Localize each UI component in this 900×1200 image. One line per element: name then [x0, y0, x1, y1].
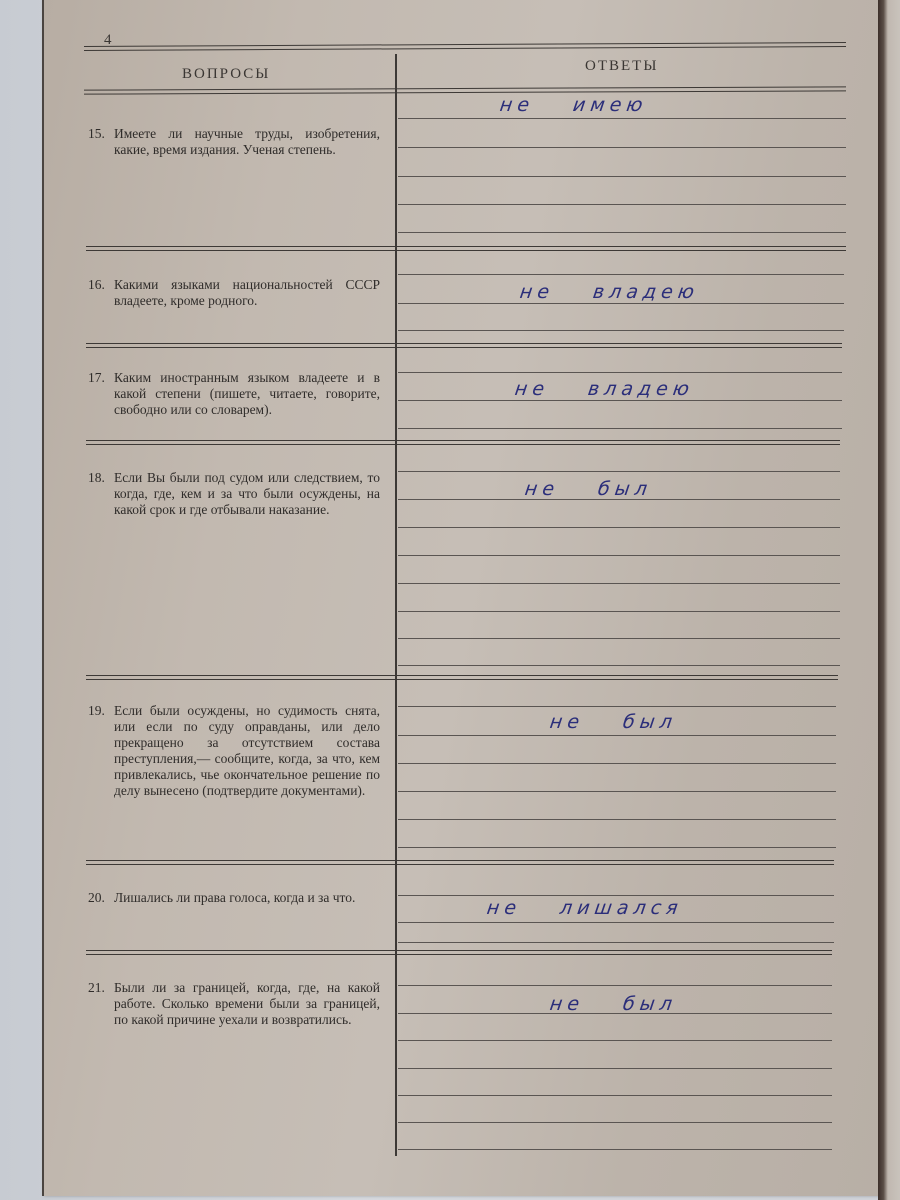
- question-number: 17.: [88, 370, 114, 386]
- question-21: 21. Были ли за границей, когда, где, на …: [88, 980, 380, 1028]
- question-15: 15. Имеете ли научные труды, изобретения…: [88, 126, 380, 158]
- answer-line: [398, 372, 842, 373]
- answer-line: [398, 330, 844, 331]
- question-number: 21.: [88, 980, 114, 996]
- question-17: 17. Каким иностранным языком владеете и …: [88, 370, 380, 418]
- answer-19: не был: [548, 711, 678, 733]
- answer-15: не имею: [498, 94, 649, 116]
- question-number: 19.: [88, 703, 114, 719]
- question-18: 18. Если Вы были под судом или следствие…: [88, 470, 380, 518]
- answer-line: [398, 1040, 832, 1041]
- answer-16: не владею: [518, 281, 700, 303]
- answer-line: [398, 471, 840, 472]
- answer-line: [398, 1095, 832, 1096]
- question-number: 18.: [88, 470, 114, 486]
- answer-line: [398, 400, 842, 401]
- page-edge: [878, 0, 900, 1200]
- answer-line: [398, 735, 836, 736]
- question-19: 19. Если были осуждены, но судимость сня…: [88, 703, 380, 799]
- answer-18: не был: [523, 478, 653, 500]
- column-divider: [395, 54, 397, 1156]
- answer-line: [398, 232, 846, 233]
- answer-line: [398, 303, 844, 304]
- answer-line: [398, 922, 834, 923]
- answer-line: [398, 763, 836, 764]
- answer-21: не был: [548, 993, 678, 1015]
- questions-column-header: ВОПРОСЫ: [182, 66, 270, 83]
- answer-line: [398, 819, 836, 820]
- row-separator-15-16: [86, 246, 846, 251]
- answer-line: [398, 204, 846, 205]
- answer-line: [398, 791, 836, 792]
- answer-line: [398, 583, 840, 584]
- question-number: 20.: [88, 890, 114, 906]
- answer-line: [398, 942, 834, 943]
- answer-line: [398, 428, 842, 429]
- row-separator-18-19: [86, 675, 838, 680]
- answer-line: [398, 847, 836, 848]
- row-separator-20-21: [86, 950, 832, 955]
- answer-line: [398, 118, 846, 119]
- question-number: 15.: [88, 126, 114, 142]
- question-text: Имеете ли научные труды, изобретения, ка…: [114, 126, 380, 158]
- answer-17: не владею: [513, 378, 695, 400]
- answer-line: [398, 895, 834, 896]
- answer-line: [398, 274, 844, 275]
- answer-line: [398, 147, 846, 148]
- answer-line: [398, 1122, 832, 1123]
- question-text: Если были осуждены, но судимость снята, …: [114, 703, 380, 799]
- question-text: Были ли за границей, когда, где, на како…: [114, 980, 380, 1028]
- answer-line: [398, 527, 840, 528]
- row-separator-16-17: [86, 343, 842, 348]
- answer-line: [398, 638, 840, 639]
- answer-line: [398, 611, 840, 612]
- question-number: 16.: [88, 277, 114, 293]
- question-text: Если Вы были под судом или следствием, т…: [114, 470, 380, 518]
- answer-line: [398, 706, 836, 707]
- question-text: Какими языками национальностей СССР влад…: [114, 277, 380, 309]
- answer-line: [398, 176, 846, 177]
- row-separator-19-20: [86, 860, 834, 865]
- answer-20: не лишался: [485, 897, 684, 919]
- answer-line: [398, 665, 840, 666]
- answer-line: [398, 1149, 832, 1150]
- answer-line: [398, 1068, 832, 1069]
- answer-line: [398, 555, 840, 556]
- question-text: Каким иностранным языком владеете и в ка…: [114, 370, 380, 418]
- question-16: 16. Какими языками национальностей СССР …: [88, 277, 380, 309]
- question-20: 20. Лишались ли права голоса, когда и за…: [88, 890, 380, 906]
- answer-line: [398, 985, 832, 986]
- question-text: Лишались ли права голоса, когда и за что…: [114, 890, 380, 906]
- answers-column-header: ОТВЕТЫ: [585, 58, 658, 75]
- row-separator-17-18: [86, 440, 840, 445]
